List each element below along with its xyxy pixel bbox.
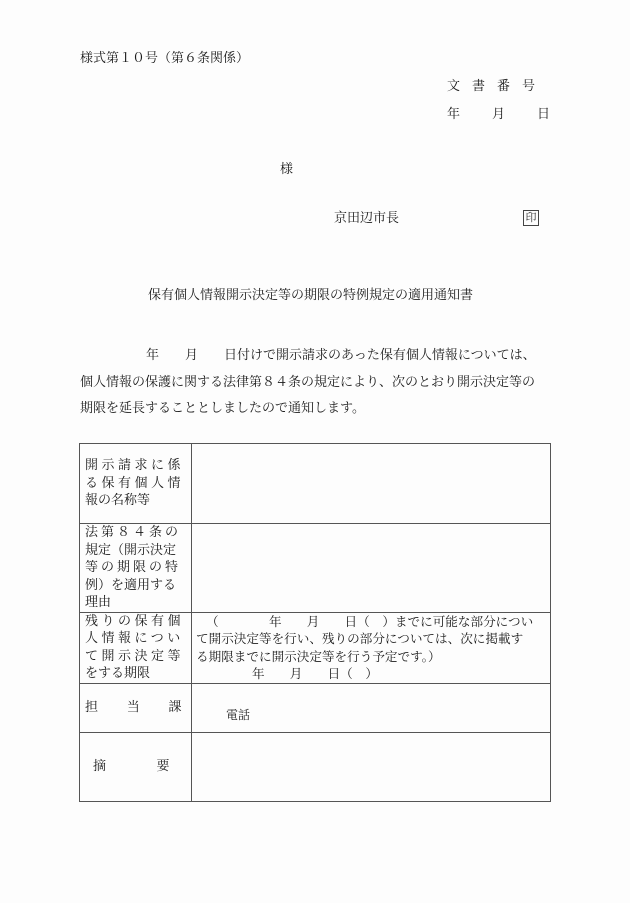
issuer-name: 京田辺市長 — [334, 212, 399, 225]
row-label-remaining-deadline: 残りの保有個 人情報につい て開示決定等 をする期限 — [80, 612, 192, 683]
row-value-reason[interactable] — [192, 524, 551, 613]
notice-body: 年 月 日付けで開示請求のあった保有個人情報については、 個人情報の保護に関する… — [80, 343, 555, 423]
row-value-remarks[interactable] — [192, 732, 551, 801]
document-number-label: 文書番号 — [447, 80, 547, 93]
table-row: 法第８４条の 規定（開示決定 等の期限の特 例）を適用する 理由 — [80, 524, 551, 613]
row-label-department: 担 当 課 — [80, 683, 192, 732]
table-row: 残りの保有個 人情報につい て開示決定等 をする期限 （ 年 月 日（ ）までに… — [80, 612, 551, 683]
row-label-requested-info: 開示請求に係 る保有個人情 報の名称等 — [80, 444, 192, 524]
notice-table: 開示請求に係 る保有個人情 報の名称等 法第８４条の 規定（開示決定 等の期限の… — [79, 443, 551, 802]
row-value-department[interactable]: 電話 — [192, 683, 551, 732]
row-label-remarks: 摘 要 — [80, 732, 192, 801]
row-label-reason: 法第８４条の 規定（開示決定 等の期限の特 例）を適用する 理由 — [80, 524, 192, 613]
phone-label: 電話 — [196, 708, 250, 722]
body-line-2: 個人情報の保護に関する法律第８４条の規定により、次のとおり開示決定等の — [80, 370, 555, 397]
row-value-requested-info[interactable] — [192, 444, 551, 524]
day-label: 日 — [537, 108, 550, 121]
table-row: 開示請求に係 る保有個人情 報の名称等 — [80, 444, 551, 524]
document-title: 保有個人情報開示決定等の期限の特例規定の適用通知書 — [148, 289, 473, 302]
form-number: 様式第１０号（第６条関係） — [80, 52, 249, 65]
year-label: 年 — [447, 108, 460, 121]
body-line-1: 年 月 日付けで開示請求のあった保有個人情報については、 — [80, 343, 555, 370]
table-row: 摘 要 — [80, 732, 551, 801]
seal-icon: 印 — [523, 210, 539, 226]
month-label: 月 — [492, 108, 505, 121]
issue-date: 年月日 — [447, 108, 550, 121]
addressee-honorific: 様 — [280, 163, 293, 176]
table-row: 担 当 課 電話 — [80, 683, 551, 732]
body-line-3: 期限を延長することとしましたので通知します。 — [80, 396, 555, 423]
row-value-remaining-deadline[interactable]: （ 年 月 日（ ）までに可能な部分につい て開示決定等を行い、残りの部分につい… — [192, 612, 551, 683]
